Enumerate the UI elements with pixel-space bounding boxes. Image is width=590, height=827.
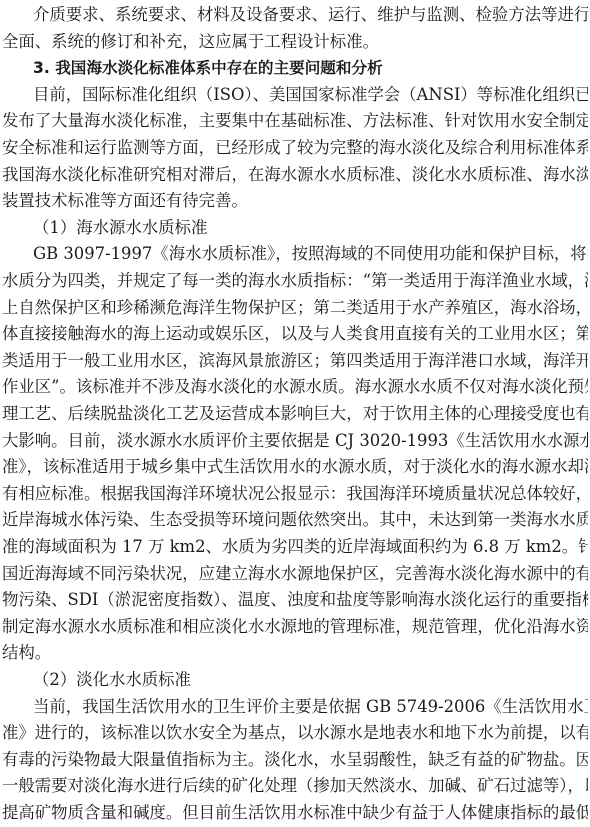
text-line: 理工艺、后续脱盐淡化工艺及运营成本影响巨大，对于饮用主体的心理接受度也有重 xyxy=(2,401,588,427)
text-line: 制定海水源水水质标准和相应淡化水水源地的管理标准，规范管理，优化沿海水资源 xyxy=(2,614,588,640)
text-line: 装置技术标准等方面还有待完善。 xyxy=(2,188,588,214)
text-line: 全面、系统的修订和补充，这应属于工程设计标准。 xyxy=(2,29,588,55)
text-line: 水质分为四类，并规定了每一类的海水水质指标：“第一类适用于海洋渔业水域，海 xyxy=(2,268,588,294)
text-line: 有相应标准。根据我国海洋环境状况公报显示：我国海洋环境质量状况总体较好，但 xyxy=(2,481,588,507)
text-line: 结构。 xyxy=(2,640,588,666)
section-heading: 3. 我国海水淡化标准体系中存在的主要问题和分析 xyxy=(33,55,588,81)
text-line: 有毒的污染物最大限量值指标为主。淡化水，水呈弱酸性，缺乏有益的矿物盐。因此， xyxy=(2,747,588,773)
text-line: 近岸海城水体污染、生态受损等环境问题依然突出。其中，未达到第一类海水水质标 xyxy=(2,507,588,533)
text-line: 当前，我国生活饮用水的卫生评价主要是依据 GB 5749-2006《生活饮用水卫… xyxy=(33,694,588,720)
text-line: 准》，该标准适用于城乡集中式生活饮用水的水源水质，对于淡化水的海水源水却没 xyxy=(2,454,588,480)
document-page: 介质要求、系统要求、材料及设备要求、运行、维护与监测、检验方法等进行了全面、系统… xyxy=(0,0,590,827)
text-line: 安全标准和运行监测等方面，已经形成了较为完整的海水淡化及综合利用标准体系。 xyxy=(2,135,588,161)
text-line: 准的海域面积为 17 万 km2、水质为劣四类的近岸海域面积约为 6.8 万 k… xyxy=(2,534,588,560)
text-line: 发布了大量海水淡化标准，主要集中在基础标准、方法标准、针对饮用水安全制定的 xyxy=(2,108,588,134)
text-line: 大影响。目前，淡水源水水质评价主要依据是 CJ 3020-1993《生活饮用水水… xyxy=(2,428,588,454)
text-line: GB 3097-1997《海水水质标准》，按照海域的不同使用功能和保护目标，将海… xyxy=(33,241,588,267)
text-line: 准》进行的，该标准以饮水安全为基点，以水源水是地表水和地下水为前提，以有害、 xyxy=(2,720,588,746)
text-line: 目前，国际标准化组织（ISO）、美国国家标准学会（ANSI）等标准化组织已经 xyxy=(33,82,588,108)
text-line: 介质要求、系统要求、材料及设备要求、运行、维护与监测、检验方法等进行了 xyxy=(33,2,588,28)
text-line: 类适用于一般工业用水区，滨海风景旅游区；第四类适用于海洋港口水域，海洋开发 xyxy=(2,348,588,374)
text-line: 作业区”。该标准并不涉及海水淡化的水源水质。海水源水水质不仅对海水淡化预处 xyxy=(2,374,588,400)
text-line: 国近海海域不同污染状况，应建立海水水源地保护区，完善海水淡化海水源中的有机 xyxy=(2,561,588,587)
text-line: （2）淡化水水质标准 xyxy=(33,667,588,693)
text-line: 物污染、SDI（淤泥密度指数）、温度、浊度和盐度等影响海水淡化运行的重要指标， xyxy=(2,587,588,613)
text-line: 一般需要对淡化海水进行后续的矿化处理（掺加天然淡水、加碱、矿石过滤等），以 xyxy=(2,773,588,799)
text-line: 上自然保护区和珍稀濒危海洋生物保护区；第二类适用于水产养殖区，海水浴场，人 xyxy=(2,295,588,321)
text-line: 体直接接触海水的海上运动或娱乐区，以及与人类食用直接有关的工业用水区；第三 xyxy=(2,321,588,347)
text-line: （1）海水源水水质标准 xyxy=(33,215,588,241)
text-line: 提高矿物质含量和碱度。但目前生活饮用水标准中缺少有益于人体健康指标的最低限 xyxy=(2,800,588,826)
text-line: 我国海水淡化标准研究相对滞后，在海水源水水质标准、淡化水水质标准、海水淡化 xyxy=(2,162,588,188)
